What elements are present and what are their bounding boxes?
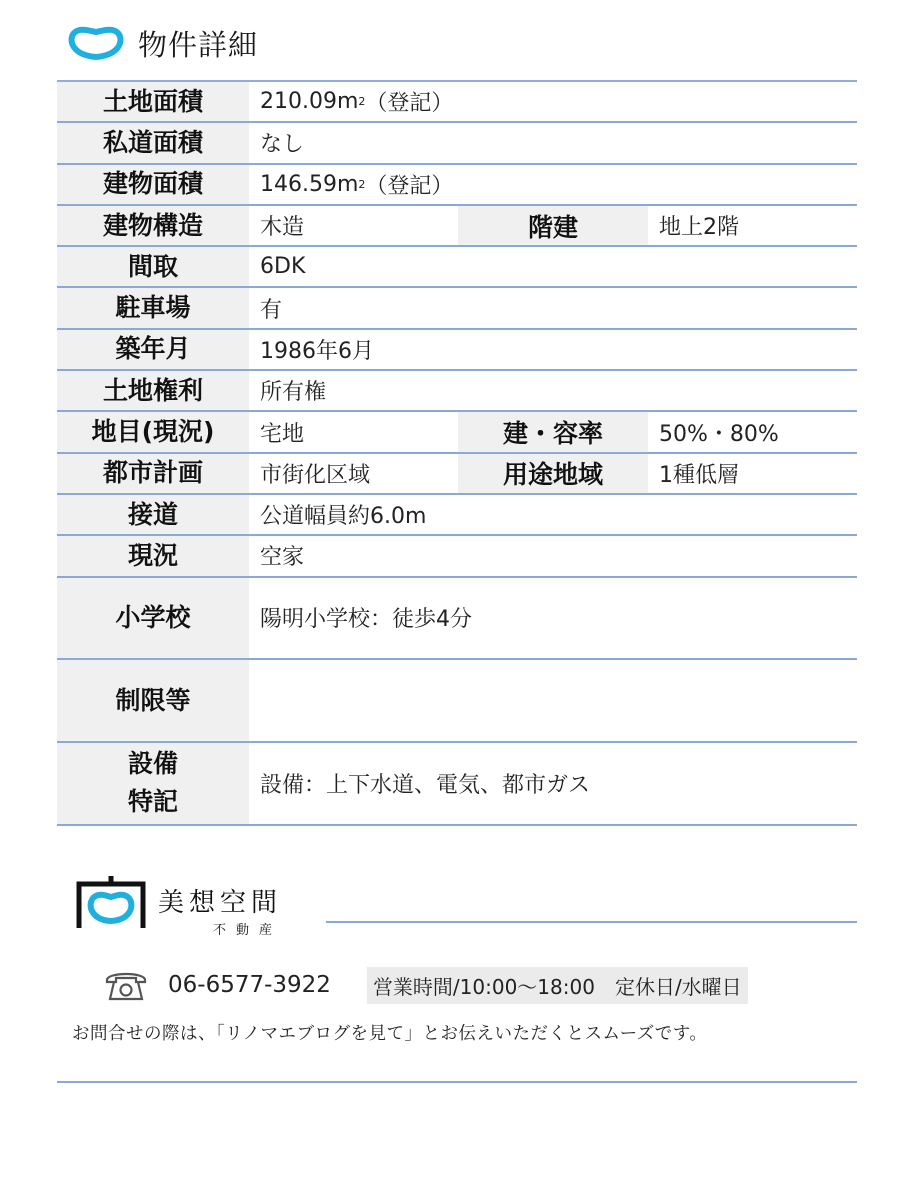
row-label: 設備 特記 — [57, 743, 249, 824]
row-label: 間取 — [57, 247, 249, 286]
row-value: 210.09m2（登記） — [249, 82, 857, 121]
row-value — [249, 660, 857, 741]
row-label: 都市計画 — [57, 454, 249, 493]
row-label: 駐車場 — [57, 288, 249, 327]
phone-number[interactable]: 06-6577-3922 — [168, 972, 331, 998]
brand-subtitle: 不動産 — [158, 919, 282, 938]
company-logo-icon — [76, 876, 146, 930]
row-value: 空家 — [249, 536, 857, 575]
row-value-secondary: 50%・80% — [648, 412, 857, 451]
row-value-secondary: 地上2階 — [648, 206, 857, 245]
page-title: 物件詳細 — [138, 23, 258, 64]
row-label: 土地面積 — [57, 82, 249, 121]
row-label: 地目(現況) — [57, 412, 249, 451]
row-label-secondary: 用途地域 — [458, 454, 648, 493]
row-value-secondary: 1種低層 — [648, 454, 857, 493]
row-label: 小学校 — [57, 578, 249, 659]
table-row: 制限等 — [57, 660, 857, 743]
telephone-icon — [104, 968, 148, 1002]
row-value: 陽明小学校：徒歩4分 — [249, 578, 857, 659]
company-logo: 美想空間 不動産 — [76, 876, 282, 938]
table-row: 小学校 陽明小学校：徒歩4分 — [57, 578, 857, 661]
table-row: 建物構造 木造 階建 地上2階 — [57, 206, 857, 247]
brand-name: 美想空間 — [158, 882, 282, 919]
row-value: 1986年6月 — [249, 330, 857, 369]
business-hours: 営業時間/10:00〜18:00 定休日/水曜日 — [367, 967, 748, 1004]
row-value: 有 — [249, 288, 857, 327]
row-label-secondary: 建・容率 — [458, 412, 648, 451]
property-details-table: 土地面積 210.09m2（登記） 私道面積 なし 建物面積 146.59m2（… — [57, 80, 857, 826]
bean-logo-icon — [66, 23, 126, 63]
page-header: 物件詳細 — [66, 20, 258, 66]
divider — [57, 1081, 857, 1083]
table-row: 土地面積 210.09m2（登記） — [57, 82, 857, 123]
row-value: 設備：上下水道、電気、都市ガス — [249, 743, 857, 824]
row-value: 6DK — [249, 247, 857, 286]
table-row: 間取 6DK — [57, 247, 857, 288]
table-row: 設備 特記 設備：上下水道、電気、都市ガス — [57, 743, 857, 826]
contact-info: 06-6577-3922 営業時間/10:00〜18:00 定休日/水曜日 — [104, 966, 748, 1004]
row-label-secondary: 階建 — [458, 206, 648, 245]
row-label: 現況 — [57, 536, 249, 575]
table-row: 現況 空家 — [57, 536, 857, 577]
divider — [326, 921, 857, 923]
row-label: 建物面積 — [57, 165, 249, 204]
table-row: 駐車場 有 — [57, 288, 857, 329]
table-row: 私道面積 なし — [57, 123, 857, 164]
row-value: 市街化区域 — [249, 454, 458, 493]
table-row: 土地権利 所有権 — [57, 371, 857, 412]
row-value: 宅地 — [249, 412, 458, 451]
inquiry-note: お問合せの際は、「リノマエブログを見て」とお伝えいただくとスムーズです。 — [72, 1020, 707, 1045]
table-row: 築年月 1986年6月 — [57, 330, 857, 371]
row-value: 公道幅員約6.0m — [249, 495, 857, 534]
table-row: 接道 公道幅員約6.0m — [57, 495, 857, 536]
row-value: 所有権 — [249, 371, 857, 410]
row-value: 木造 — [249, 206, 458, 245]
table-row: 建物面積 146.59m2（登記） — [57, 165, 857, 206]
row-label: 接道 — [57, 495, 249, 534]
row-label: 土地権利 — [57, 371, 249, 410]
row-label: 制限等 — [57, 660, 249, 741]
row-value: 146.59m2（登記） — [249, 165, 857, 204]
row-label: 建物構造 — [57, 206, 249, 245]
row-label: 私道面積 — [57, 123, 249, 162]
row-value: なし — [249, 123, 857, 162]
row-label: 築年月 — [57, 330, 249, 369]
table-row: 地目(現況) 宅地 建・容率 50%・80% — [57, 412, 857, 453]
table-row: 都市計画 市街化区域 用途地域 1種低層 — [57, 454, 857, 495]
